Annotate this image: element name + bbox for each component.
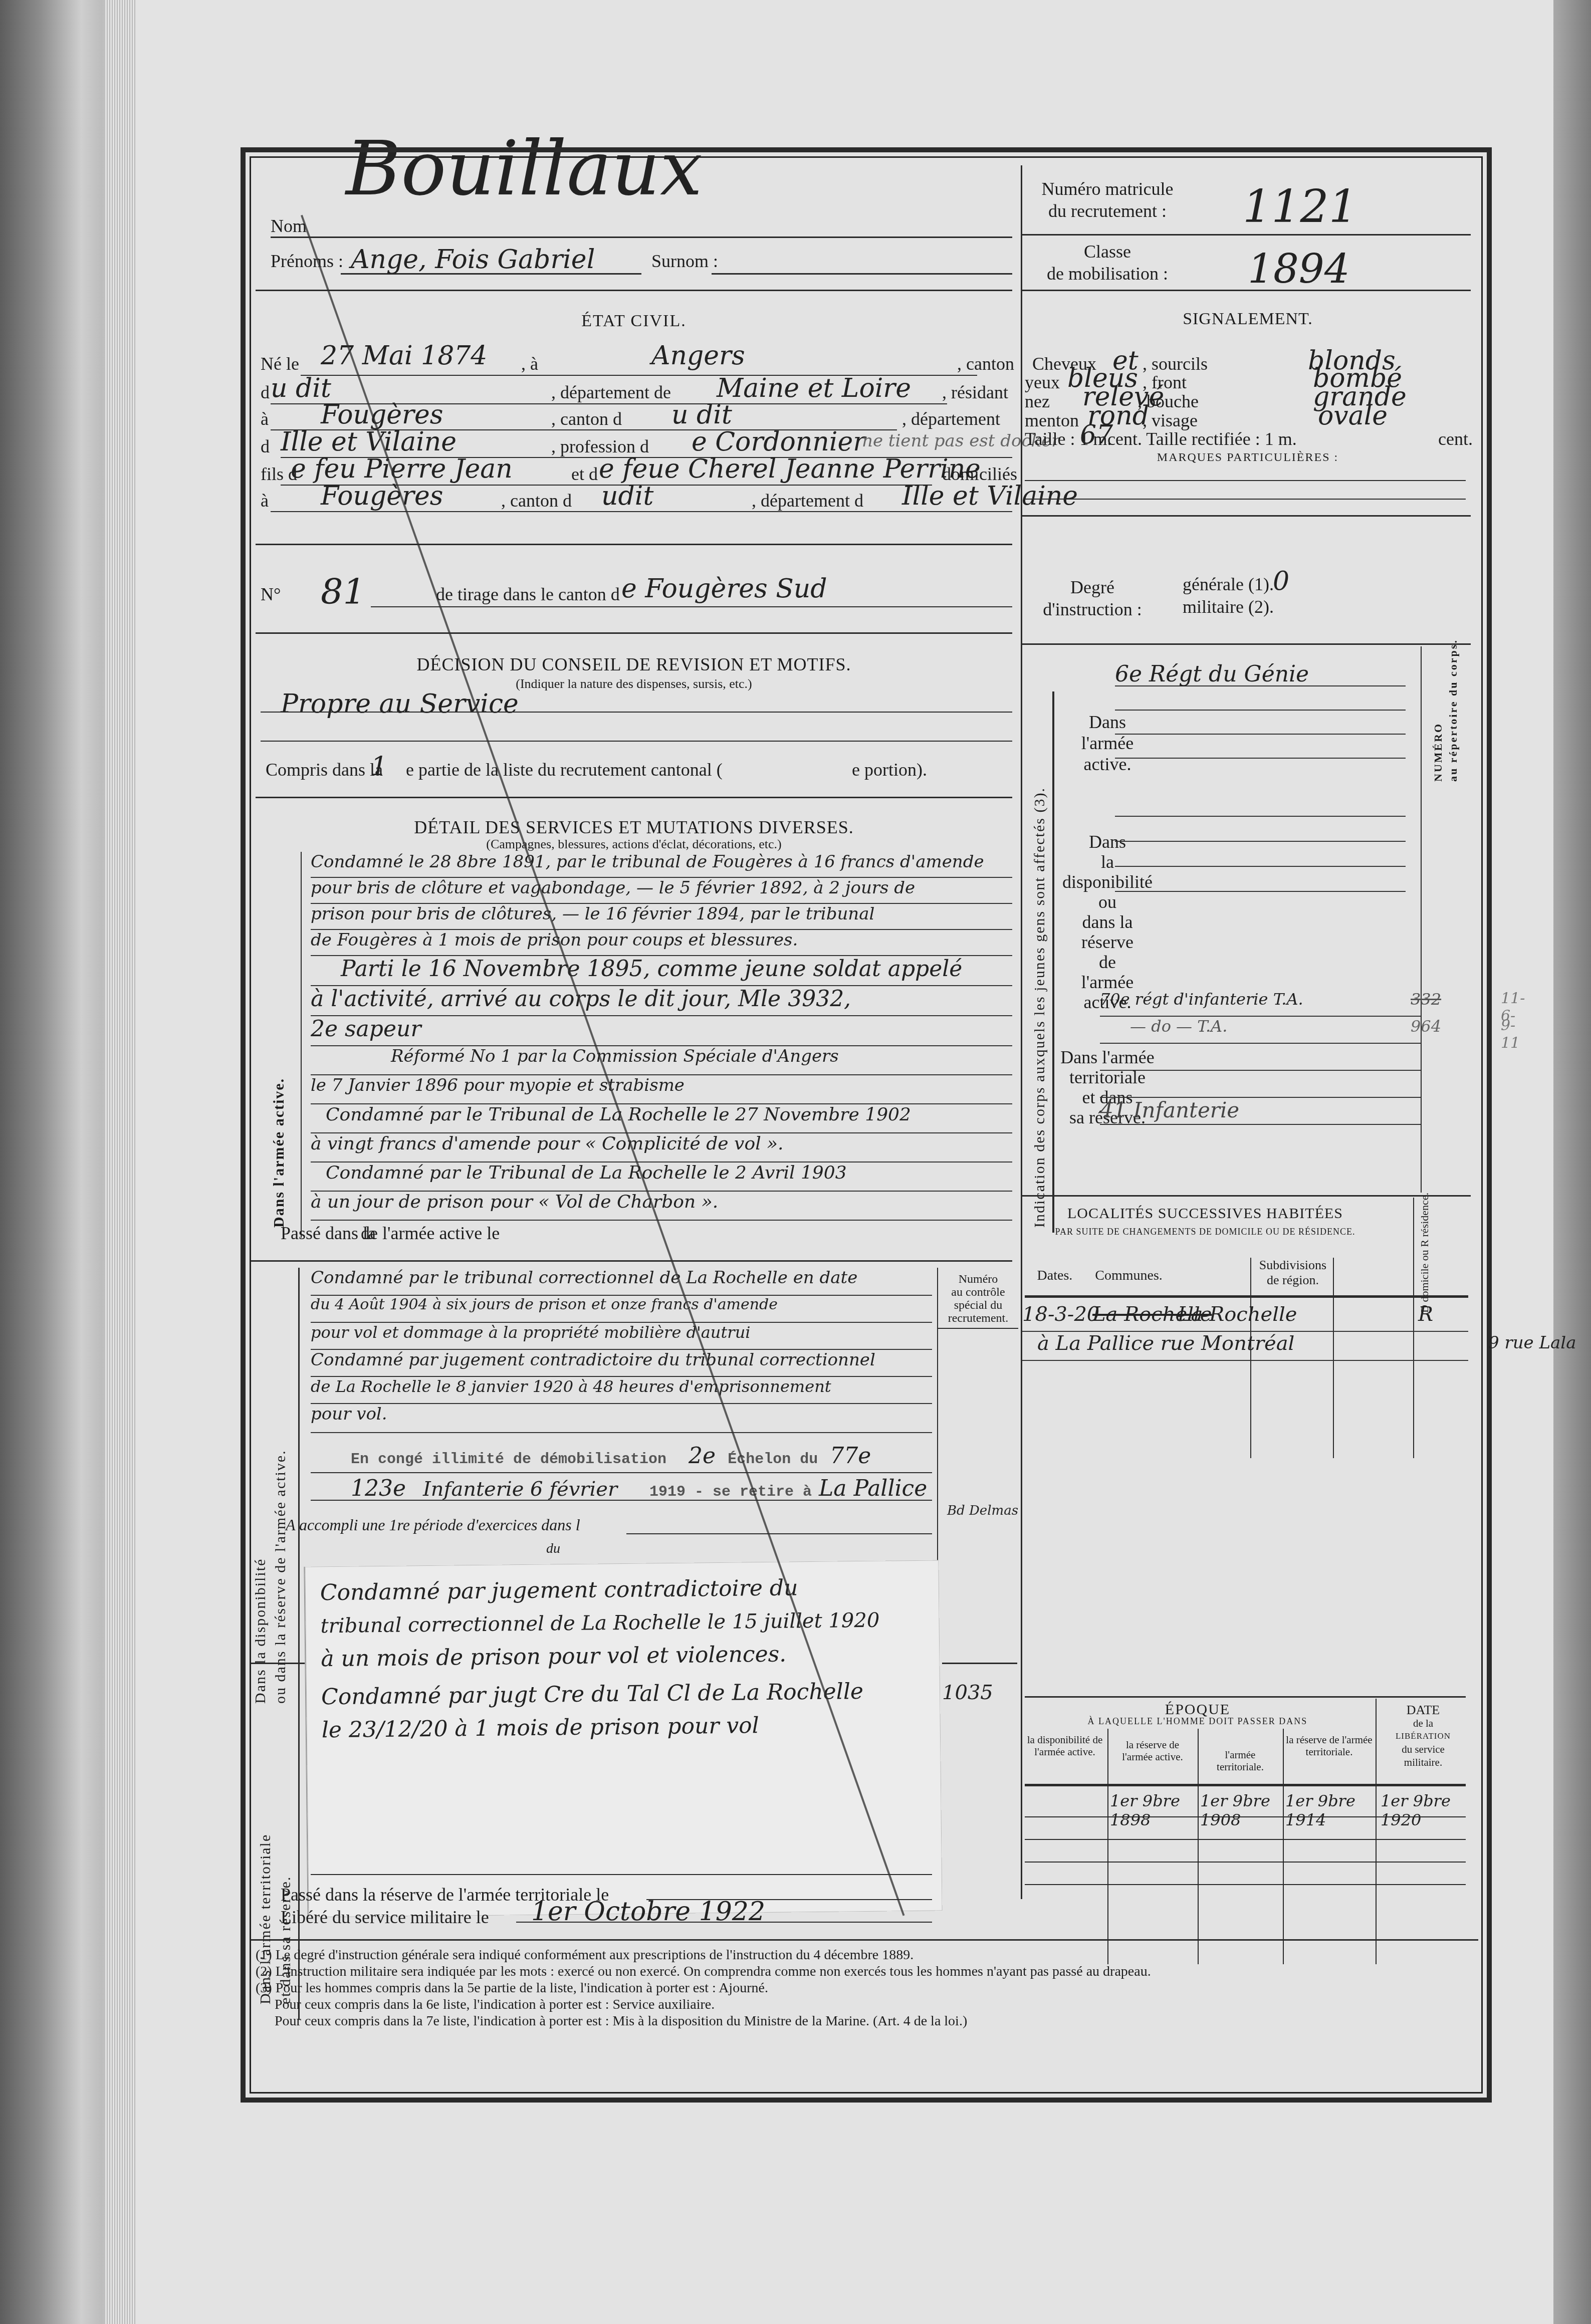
stamp-text-1: En congé illimité de démobilisation: [351, 1451, 666, 1468]
localites-title: LOCALITÉS SUCCESSIVES HABITÉES: [1022, 1205, 1388, 1222]
corps-entry: [1115, 735, 1406, 759]
service-entry: Condamné par jugement contradictoire du …: [311, 1350, 932, 1377]
pasted-note-line: Condamné par jugt Cre du Tal Cl de La Ro…: [321, 1675, 880, 1714]
service-entry: Condamné par le Tribunal de La Rochelle …: [311, 1104, 1012, 1133]
corps-side-label: Indication des corps auxquels les jeunes…: [1031, 702, 1048, 1228]
epoque-col-reserve-territoriale: la réserve de l'armée territoriale.: [1285, 1734, 1373, 1758]
matricule-divider: [1022, 234, 1471, 236]
date-liberation-1: DATE: [1378, 1704, 1468, 1717]
periode-label: A accompli une 1re période d'exercices d…: [286, 1516, 580, 1534]
corps-disponibilite-entries: [1115, 792, 1406, 892]
epoque-value-reserve-territoriale: 1er 9bre 1914: [1285, 1791, 1373, 1829]
tirage-line: [371, 606, 1012, 607]
visage-value: ovale: [1318, 401, 1388, 431]
etat-civil-title: ÉTAT CIVIL.: [256, 312, 1012, 331]
date-liberation-header: DATE de la LIBÉRATION du service militai…: [1378, 1704, 1468, 1769]
instruction-label-1: Degré: [1070, 577, 1114, 597]
ne-le-label: Né le: [261, 353, 299, 374]
compris-label-3: e portion).: [852, 759, 927, 780]
stamp-city-hand: La Pallice: [819, 1476, 927, 1501]
classe-value: 1894: [1248, 246, 1350, 292]
canton-prefix: d: [261, 382, 270, 403]
corps-entry: 6e Régt du Génie: [1115, 661, 1406, 686]
controle-header-line: [938, 1328, 1018, 1329]
center-divider: [1021, 165, 1022, 1899]
footnote-3b: Pour ceux compris dans la 6e liste, l'in…: [256, 1996, 1468, 2013]
footnote-3c: Pour ceux compris dans la 7e liste, l'in…: [256, 2013, 1468, 2029]
side-label-active: Dans l'armée active.: [271, 977, 288, 1228]
visage-label: , visage: [1143, 410, 1198, 431]
service-entry: 2e sapeur: [311, 1016, 1012, 1046]
date-liberation-3: LIBÉRATION: [1378, 1730, 1468, 1743]
active-divider: [251, 1260, 1012, 1262]
residant-departement-value: Ille et Vilaine: [281, 427, 457, 457]
domicile-line: [271, 511, 1012, 512]
corps-divider: [1022, 1195, 1471, 1197]
stamp-date-hand: Infanterie 6 février: [423, 1478, 617, 1501]
sourcils-label: , sourcils: [1143, 353, 1208, 374]
surnom-label: Surnom :: [651, 251, 718, 272]
menton-label: menton: [1025, 410, 1079, 431]
residant-a-label: à: [261, 408, 269, 429]
instruction-label: Degréd'instruction :: [1032, 576, 1153, 620]
localites-date: 18-3-20: [1022, 1303, 1099, 1326]
numero-header: NUMÉROau répertoire du corps.: [1431, 656, 1461, 782]
corps-entry: [1115, 842, 1406, 867]
taille-cent-label: cent.: [1438, 428, 1473, 449]
nez-label: nez: [1025, 391, 1050, 412]
services-disponibilite-entries: Condamné par le tribunal correctionnel d…: [311, 1268, 932, 1433]
compris-label-1: Compris dans la: [266, 759, 383, 780]
epoque-row-line-1: [1025, 1816, 1466, 1817]
services-active-entries: Condamné le 28 8bre 1891, par le tribuna…: [311, 852, 1012, 1221]
domicile-city: Fougères: [321, 481, 443, 511]
decision-line-1: [261, 712, 1012, 713]
localites-col-communes: Communes.: [1087, 1268, 1170, 1284]
passe-label-2: de l'armée active le: [361, 1223, 500, 1244]
stamp-echelon-hand: 2e: [689, 1443, 716, 1469]
nom-line: [271, 237, 1012, 238]
instruction-militaire-label: militaire (2).: [1183, 596, 1274, 617]
service-entry: de La Rochelle le 8 janvier 1920 à 48 he…: [311, 1377, 932, 1404]
signalement-title: SIGNALEMENT.: [1022, 310, 1473, 329]
localites-subdivision: La Rochelle: [1178, 1303, 1297, 1326]
residant-city: Fougères: [321, 400, 443, 430]
marques-line-2: [1025, 499, 1466, 500]
controle-header-4: recrutement.: [938, 1312, 1018, 1325]
tirage-no-value: 81: [321, 571, 365, 612]
tirage-no-label: N°: [261, 584, 281, 605]
matricule-label-1: Numéro matricule: [1042, 179, 1174, 199]
stamp-line-2: [311, 1500, 932, 1501]
date-liberation-2: de la: [1378, 1717, 1468, 1730]
epoque-value-territoriale: 1er 9bre 1908: [1200, 1791, 1280, 1829]
localites-col-dates: Dates.: [1022, 1268, 1087, 1284]
corps-entry-text: — do — T.A.: [1100, 1017, 1227, 1036]
epoque-row-line-2: [1025, 1839, 1466, 1840]
epoque-title: ÉPOQUE: [1022, 1701, 1373, 1718]
taille-rectifiee-label: cent. Taille rectifiée : 1 m.: [1107, 428, 1297, 449]
corps-entry: [1115, 817, 1406, 842]
localites-row: à La Pallice rue Montréal: [1022, 1332, 1468, 1361]
epoque-col-territoriale: l'armée territoriale.: [1200, 1749, 1280, 1773]
domicile-a-label: à: [261, 490, 269, 511]
father-name: e feu Pierre Jean: [291, 454, 513, 484]
instruction-divider: [1022, 643, 1471, 645]
libere-label: Libéré du service militaire le: [281, 1907, 489, 1928]
canton-label: , canton: [957, 353, 1014, 374]
footnote-3: (3) Pour les hommes compris dans la 5e p…: [256, 1980, 1468, 1996]
stamp-address-hand: Bd Delmas: [947, 1503, 1018, 1518]
matricule-label-2: du recrutement :: [1048, 201, 1167, 221]
matricule-value: 1121: [1243, 180, 1357, 233]
controle-header: Numéro au contrôle spécial du recrutemen…: [938, 1273, 1018, 1325]
classe-divider: [1022, 290, 1471, 291]
epoque-col-divider-date: [1376, 1699, 1377, 1964]
corps-bracket: [1052, 691, 1054, 1233]
corps-entry-text: 70e régt d'infanterie T.A.: [1100, 990, 1303, 1009]
localites-row: 18-3-20 La Rochelle La Rochelle R: [1022, 1303, 1468, 1332]
prenoms-label: Prénoms :: [271, 251, 343, 272]
epoque-col-reserve-active: la réserve de l'armée active.: [1110, 1739, 1195, 1763]
active-bracket: [301, 852, 302, 1238]
service-entry: pour vol et dommage à la propriété mobil…: [311, 1323, 932, 1350]
marques-title: MARQUES PARTICULIÈRES :: [1022, 451, 1473, 464]
epoque-top-line: [1025, 1696, 1466, 1698]
localites-subtitle: PAR SUITE DE CHANGEMENTS DE DOMICILE OU …: [1022, 1227, 1388, 1237]
libere-line: [516, 1922, 932, 1923]
corps-entry-numero: 332: [1411, 990, 1441, 1009]
birth-canton: u dit: [271, 373, 331, 403]
service-entry: Condamné par le Tribunal de La Rochelle …: [311, 1163, 1012, 1192]
tirage-label: de tirage dans le canton d: [436, 584, 620, 605]
header-divider: [256, 290, 1012, 291]
instruction-label-2: d'instruction :: [1043, 599, 1142, 619]
side-label-disponibilite: Dans la disponibilitéou dans la réserve …: [251, 1353, 291, 1704]
corps-entry: [1115, 867, 1406, 892]
service-entry: de Fougères à 1 mois de prison pour coup…: [311, 930, 1012, 956]
epoque-value-reserve-active: 1er 9bre 1898: [1110, 1791, 1195, 1829]
service-entry: du 4 Août 1904 à six jours de prison et …: [311, 1296, 932, 1323]
tirage-canton: e Fougères Sud: [621, 574, 827, 604]
compris-value: 1: [371, 752, 387, 782]
territoriale-bottom-line: [311, 1874, 932, 1875]
services-subtitle: (Campagnes, blessures, actions d'éclat, …: [256, 837, 1012, 852]
corps-entry-numero: 964: [1411, 1017, 1441, 1036]
nom-label: Nom: [271, 215, 307, 237]
domicile-departement-value: Ille et Vilaine: [902, 481, 1078, 511]
periode-line: [626, 1533, 932, 1534]
prenoms-value: Ange, Fois Gabriel: [351, 245, 595, 275]
epoque-col-divider-2: [1198, 1729, 1199, 1964]
corps-territoriale-row: 70e régt d'infanterie T.A. 332 11-6-: [1100, 990, 1421, 1017]
service-entry: pour bris de clôture et vagabondage, — l…: [311, 878, 1012, 904]
epoque-row-line-4: [1025, 1884, 1466, 1885]
et-de-label: et d: [571, 463, 598, 485]
stamp-line-1: [311, 1472, 932, 1473]
corps-active-entries: 6e Régt du Génie: [1115, 661, 1406, 759]
residant-departement-prefix: d: [261, 436, 270, 457]
service-entry: prison pour bris de clôtures, — le 16 fé…: [311, 904, 1012, 930]
controle-header-2: au contrôle: [938, 1286, 1018, 1299]
numero-label-1: NUMÉRO: [1432, 723, 1444, 782]
pasted-note-line: le 23/12/20 à 1 mois de prison pour vol: [321, 1708, 880, 1747]
demobilisation-stamp-2: 123e Infanterie 6 février 1919 - se reti…: [351, 1476, 1002, 1501]
service-entry: Parti le 16 Novembre 1895, comme jeune s…: [311, 956, 1012, 986]
service-entry: à l'activité, arrivé au corps le dit jou…: [311, 986, 1012, 1016]
residant-label: , résidant: [942, 382, 1008, 403]
corps-territoriale-row: — do — T.A. 964 9-11: [1100, 1017, 1421, 1044]
birth-place: Angers: [651, 341, 745, 371]
corps-dispo-label-3: ou: [1057, 892, 1158, 912]
service-entry: à vingt francs d'amende pour « Complicit…: [311, 1133, 1012, 1163]
tirage-divider: [256, 632, 1012, 634]
controle-header-3: spécial du: [938, 1299, 1018, 1312]
corps-entry: [1115, 686, 1406, 711]
mother-name: e feue Cherel Jeanne Perrine: [599, 454, 981, 484]
decision-value: Propre au Service: [281, 689, 519, 719]
book-page-stack: [0, 0, 135, 2324]
compris-label-2: e partie de la liste du recrutement cant…: [406, 759, 723, 780]
matricule-label: Numéro matriculedu recrutement :: [1032, 178, 1183, 222]
controle-header-1: Numéro: [938, 1273, 1018, 1286]
pasted-note: Condamné par jugement contradictoire du …: [304, 1560, 942, 1917]
etat-civil-divider: [256, 544, 1012, 545]
corps-entry-margin: 9-11: [1501, 1017, 1520, 1052]
corps-territoriale-entries: 70e régt d'infanterie T.A. 332 11-6- — d…: [1100, 990, 1551, 1125]
pasted-note-line: à un mois de prison pour vol et violence…: [321, 1637, 880, 1676]
epoque-col-divider-1: [1107, 1729, 1108, 1964]
classe-label-2: de mobilisation :: [1047, 264, 1168, 284]
domicile-departement-label: , département d: [752, 490, 863, 511]
side-label-disponibilite-1: Dans la disponibilité: [252, 1558, 269, 1704]
marques-line-1: [1025, 480, 1466, 481]
localites-rows: 18-3-20 La Rochelle La Rochelle R à La P…: [1022, 1303, 1468, 1361]
corps-entry: [1115, 711, 1406, 735]
epoque-value-liberation: 1er 9bre 1920: [1381, 1791, 1466, 1829]
corps-entry: [1115, 792, 1406, 817]
classe-label: Classede mobilisation :: [1032, 241, 1183, 285]
profession-value: e Cordonnier: [692, 427, 865, 457]
epoque-header-line: [1025, 1784, 1466, 1786]
pasted-note-line: Condamné par jugement contradictoire du: [320, 1571, 879, 1610]
territoriale-divider-right: [942, 1663, 1017, 1664]
stamp-text-2: 1919 - se retire à: [649, 1484, 812, 1501]
corps-dispo-label-5: de: [1057, 952, 1158, 972]
instruction-generale-label: générale (1).: [1183, 574, 1274, 595]
service-entry: le 7 Janvier 1896 pour myopie et strabis…: [311, 1075, 1012, 1104]
localites-dr: R: [1418, 1303, 1433, 1326]
territoriale-divider-left: [251, 1663, 306, 1664]
corps-territoriale-row: 41 Infanterie: [1100, 1098, 1421, 1125]
periode-du-label: du: [546, 1541, 560, 1557]
controle-value: 1035: [942, 1681, 993, 1704]
localites-margin-note: 9 rue Lala: [1488, 1333, 1576, 1353]
epoque-row-line-3: [1025, 1862, 1466, 1863]
corps-entry-text: 41 Infanterie: [1100, 1098, 1239, 1122]
pasted-note-text: Condamné par jugement contradictoire du …: [320, 1571, 881, 1747]
service-entry: pour vol.: [311, 1404, 932, 1433]
departement-label: , département de: [551, 382, 671, 403]
stamp-regiment-hand: 77e: [830, 1443, 871, 1469]
epoque-subtitle: À LAQUELLE L'HOMME DOIT PASSER DANS: [1022, 1716, 1373, 1727]
residant-departement-label: , département: [902, 408, 1000, 429]
stamp-regiment-number: 123e: [351, 1476, 406, 1501]
domicile-canton-label: , canton d: [501, 490, 572, 511]
footnote-1: (1) Le degré d'instruction générale sera…: [256, 1947, 1468, 1963]
numero-label-2: au répertoire du corps.: [1447, 639, 1459, 782]
service-entry: Condamné le 28 8bre 1891, par le tribuna…: [311, 852, 1012, 878]
footnotes-divider: [251, 1939, 1478, 1941]
date-liberation-4: du service: [1378, 1743, 1468, 1756]
residant-canton-value: u dit: [671, 400, 732, 430]
service-entry: Réformé No 1 par la Commission Spéciale …: [311, 1046, 1012, 1075]
birth-departement: Maine et Loire: [717, 373, 911, 403]
classe-label-1: Classe: [1084, 242, 1131, 262]
yeux-label: yeux: [1025, 372, 1060, 393]
localites-col-subdivisions: Subdivisions de région.: [1253, 1258, 1333, 1288]
corps-territoriale-row: [1100, 1071, 1421, 1098]
signalement-divider: [1022, 515, 1471, 517]
localites-header-line: [1025, 1295, 1468, 1298]
demobilisation-stamp: En congé illimité de démobilisation 2e É…: [351, 1443, 977, 1469]
a-label: , à: [521, 353, 538, 374]
birth-date: 27 Mai 1874: [321, 341, 487, 371]
corps-territoriale-row: [1100, 1044, 1421, 1071]
decision-divider: [256, 797, 1012, 798]
prenoms-line: [341, 273, 641, 275]
side-label-disponibilite-2: ou dans la réserve de l'armée active.: [272, 1450, 289, 1704]
service-entry: Condamné par le tribunal correctionnel d…: [311, 1268, 932, 1296]
decision-line-2: [261, 741, 1012, 742]
facing-page-edge: [1553, 0, 1591, 2324]
domicile-canton-value: udit: [601, 481, 653, 511]
corps-dispo-label-4: dans la réserve: [1057, 912, 1158, 952]
services-title: DÉTAIL DES SERVICES ET MUTATIONS DIVERSE…: [256, 817, 1012, 838]
instruction-generale-value: 0: [1273, 566, 1289, 596]
surnom-line: [712, 273, 1012, 275]
localites-commune: à La Pallice rue Montréal: [1037, 1332, 1294, 1355]
decision-title: DÉCISION DU CONSEIL DE REVISION ET MOTIF…: [256, 654, 1012, 675]
service-entry: à un jour de prison pour « Vol de Charbo…: [311, 1192, 1012, 1221]
epoque-col-divider-3: [1283, 1729, 1284, 1964]
footnotes: (1) Le degré d'instruction générale sera…: [256, 1947, 1468, 2029]
footnote-2: (2) L'instruction militaire sera indiqué…: [256, 1963, 1468, 1980]
residant-canton-label: , canton d: [551, 408, 622, 429]
epoque-col-disponibilite: la disponibilité de l'armée active.: [1025, 1734, 1105, 1758]
date-liberation-5: militaire.: [1378, 1756, 1468, 1769]
page-edges: [105, 0, 135, 2324]
